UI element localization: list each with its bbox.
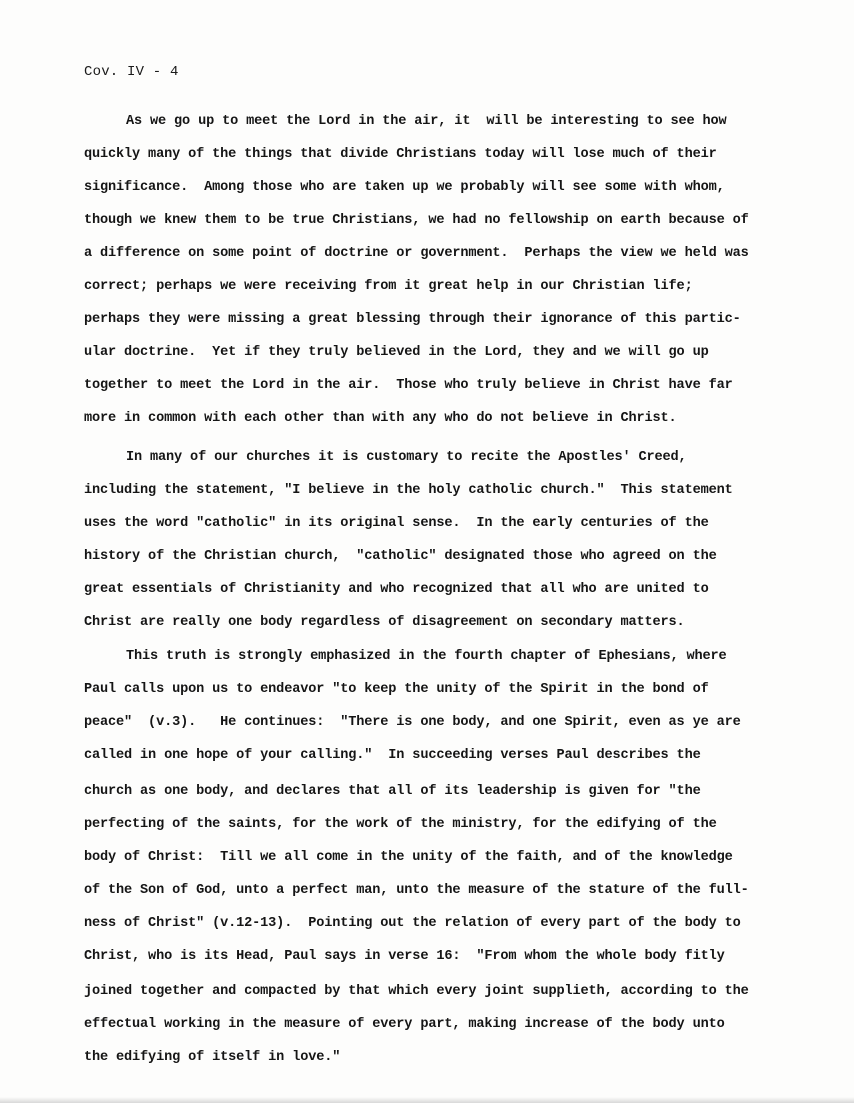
text-line: significance. Among those who are taken … [84, 180, 725, 195]
page-header: Cov. IV - 4 [84, 64, 179, 80]
text-line: though we knew them to be true Christian… [84, 213, 749, 228]
text-line: called in one hope of your calling." In … [84, 748, 701, 763]
text-line: of the Son of God, unto a perfect man, u… [84, 883, 749, 898]
text-line: perfecting of the saints, for the work o… [84, 817, 717, 832]
text-line: body of Christ: Till we all come in the … [84, 850, 733, 865]
text-line: great essentials of Christianity and who… [84, 582, 709, 597]
text-line: history of the Christian church, "cathol… [84, 549, 717, 564]
text-line: ular doctrine. Yet if they truly believe… [84, 345, 709, 360]
text-line: perhaps they were missing a great blessi… [84, 312, 741, 327]
text-line: As we go up to meet the Lord in the air,… [126, 114, 727, 129]
text-line: ness of Christ" (v.12-13). Pointing out … [84, 916, 741, 931]
text-line: correct; perhaps we were receiving from … [84, 279, 693, 294]
text-line: a difference on some point of doctrine o… [84, 246, 749, 261]
text-line: uses the word "catholic" in its original… [84, 516, 709, 531]
text-line: This truth is strongly emphasized in the… [126, 649, 727, 664]
text-line: Paul calls upon us to endeavor "to keep … [84, 682, 709, 697]
text-line: church as one body, and declares that al… [84, 784, 701, 799]
text-line: Christ, who is its Head, Paul says in ve… [84, 949, 725, 964]
text-line: joined together and compacted by that wh… [84, 984, 749, 999]
text-line: including the statement, "I believe in t… [84, 483, 733, 498]
text-line: effectual working in the measure of ever… [84, 1017, 725, 1032]
text-line: the edifying of itself in love." [84, 1050, 340, 1065]
text-line: peace" (v.3). He continues: "There is on… [84, 715, 741, 730]
text-line: together to meet the Lord in the air. Th… [84, 378, 733, 393]
document-page: Cov. IV - 4 As we go up to meet the Lord… [0, 0, 854, 1103]
text-line: quickly many of the things that divide C… [84, 147, 717, 162]
text-line: more in common with each other than with… [84, 411, 677, 426]
text-line: In many of our churches it is customary … [126, 450, 687, 465]
scan-edge [0, 1097, 854, 1103]
text-line: Christ are really one body regardless of… [84, 615, 685, 630]
